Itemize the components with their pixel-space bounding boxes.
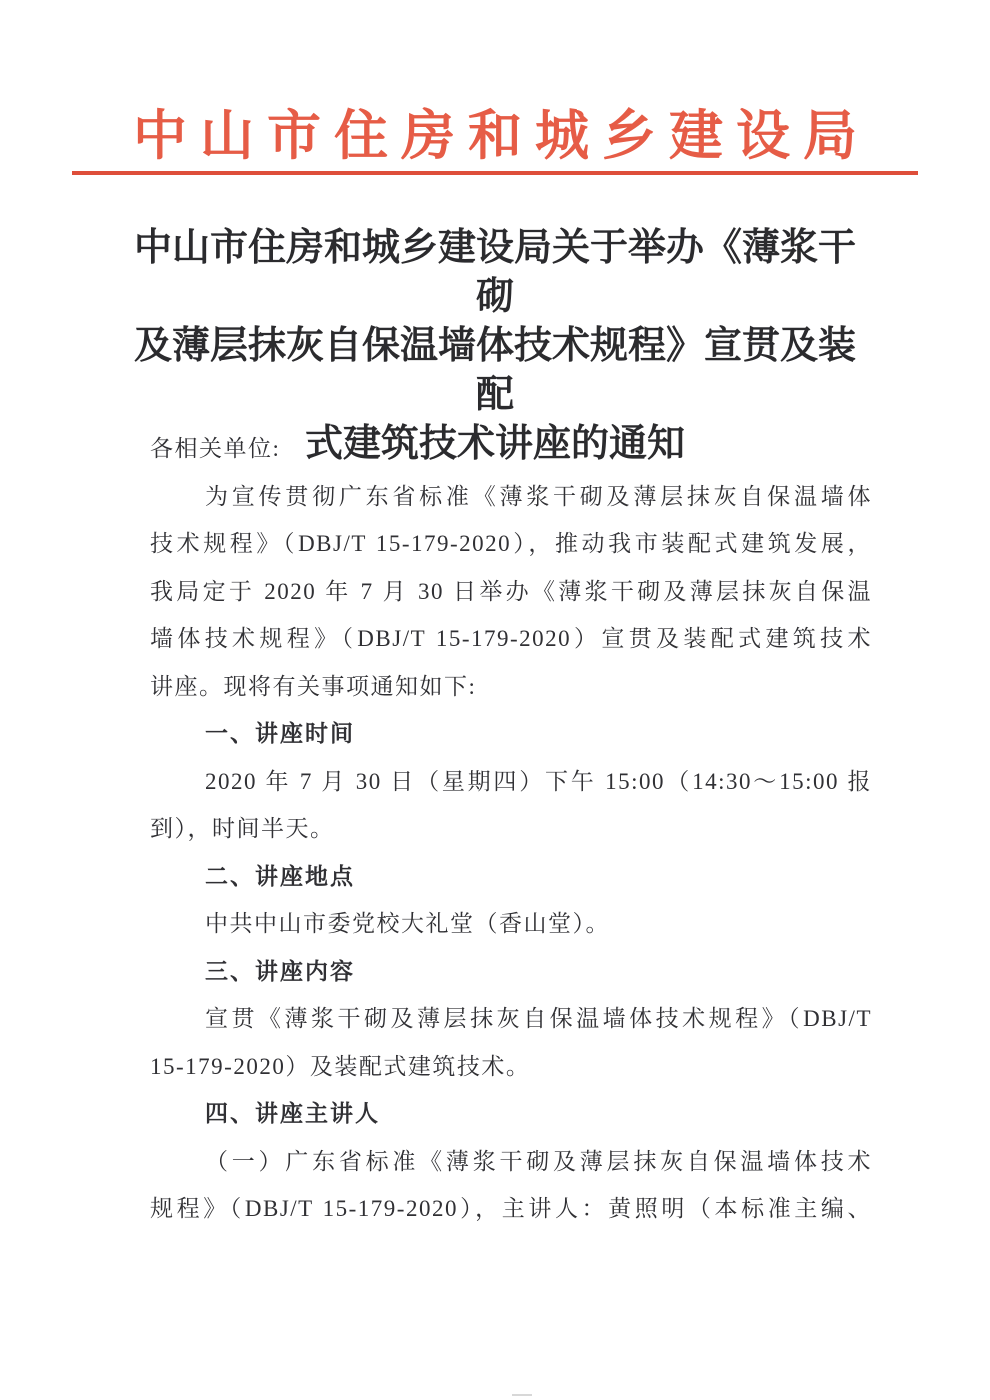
header-rule-divider: [72, 171, 918, 175]
body-line: 2020 年 7 月 30 日（星期四）下午 15:00（14:30～15:00…: [150, 758, 872, 806]
salutation: 各相关单位:: [150, 425, 872, 473]
page-footer-mark: [512, 1394, 532, 1396]
body-line: 15-179-2020）及装配式建筑技术。: [150, 1043, 872, 1091]
body-line: 规程》（DBJ/T 15-179-2020），主讲人：黄照明（本标准主编、: [150, 1185, 872, 1233]
body-line: 宣贯《薄浆干砌及薄层抹灰自保温墙体技术规程》（DBJ/T: [150, 995, 872, 1043]
document-body: 各相关单位: 为宣传贯彻广东省标准《薄浆干砌及薄层抹灰自保温墙体 技术规程》（D…: [150, 425, 872, 1233]
body-line: （一）广东省标准《薄浆干砌及薄层抹灰自保温墙体技术: [150, 1138, 872, 1186]
agency-header: 中山市住房和城乡建设局: [0, 106, 990, 166]
body-line: 为宣传贯彻广东省标准《薄浆干砌及薄层抹灰自保温墙体: [150, 473, 872, 521]
body-line: 讲座。现将有关事项通知如下:: [150, 663, 872, 711]
section-heading: 二、讲座地点: [150, 853, 872, 901]
body-line: 墙体技术规程》（DBJ/T 15-179-2020）宣贯及装配式建筑技术: [150, 615, 872, 663]
title-line: 中山市住房和城乡建设局关于举办《薄浆干砌: [124, 224, 866, 322]
body-line: 中共中山市委党校大礼堂（香山堂）。: [150, 900, 872, 948]
section-heading: 一、讲座时间: [150, 710, 872, 758]
section-heading: 四、讲座主讲人: [150, 1090, 872, 1138]
body-line: 技术规程》（DBJ/T 15-179-2020），推动我市装配式建筑发展，: [150, 520, 872, 568]
section-heading: 三、讲座内容: [150, 948, 872, 996]
body-line: 到），时间半天。: [150, 805, 872, 853]
document-page: 中山市住房和城乡建设局 中山市住房和城乡建设局关于举办《薄浆干砌 及薄层抹灰自保…: [0, 0, 990, 1400]
title-line: 及薄层抹灰自保温墙体技术规程》宣贯及装配: [124, 322, 866, 420]
body-line: 我局定于 2020 年 7 月 30 日举办《薄浆干砌及薄层抹灰自保温: [150, 568, 872, 616]
